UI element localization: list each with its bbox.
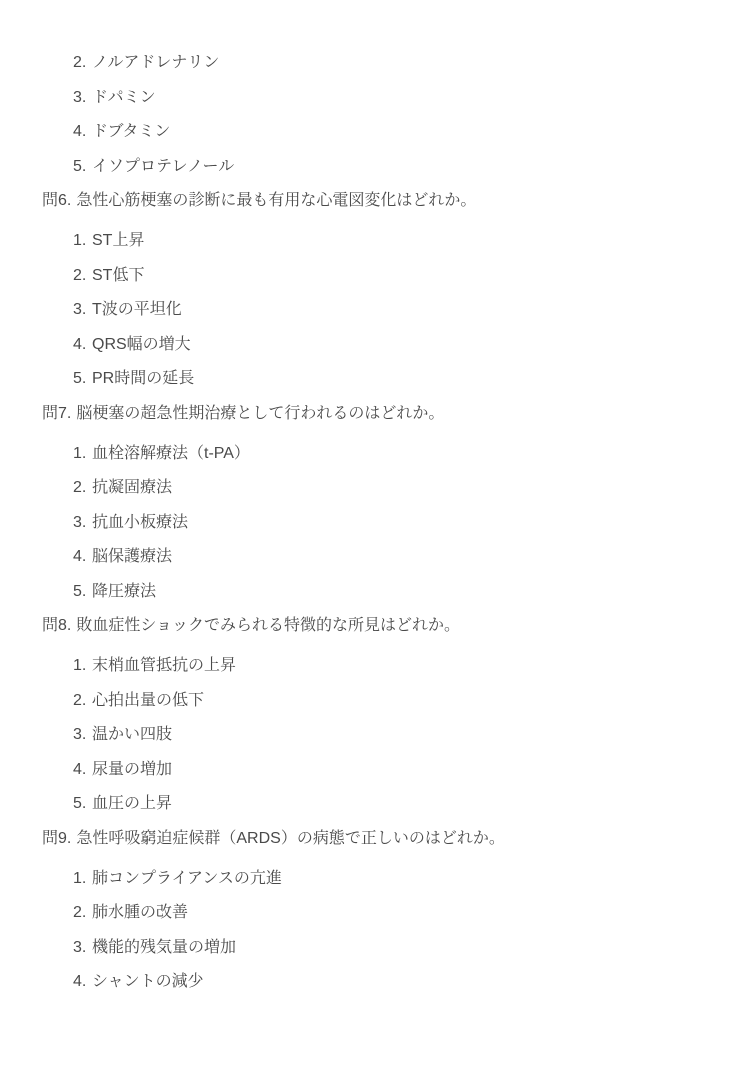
question-label: 問9. <box>42 830 71 847</box>
question-row: 問9.急性呼吸窮迫症候群（ARDS）の病態で正しいのはどれか。 <box>42 830 744 847</box>
option-row: 2.ST低下 <box>73 267 744 284</box>
option-number: 5. <box>73 370 92 387</box>
question-row: 問8.敗血症性ショックでみられる特徴的な所見はどれか。 <box>42 617 744 634</box>
option-row: 5.イソプロテレノール <box>73 158 744 175</box>
question-text: 脳梗塞の超急性期治療として行われるのはどれか。 <box>76 405 444 422</box>
option-number: 5. <box>73 158 92 175</box>
option-text: 血栓溶解療法（t-PA） <box>92 445 250 462</box>
option-number: 3. <box>73 89 92 106</box>
option-number: 1. <box>73 657 92 674</box>
option-row: 1.ST上昇 <box>73 232 744 249</box>
option-text: シャントの減少 <box>92 973 204 990</box>
option-row: 4.尿量の増加 <box>73 761 744 778</box>
option-text: ST上昇 <box>92 232 144 249</box>
option-row: 4.シャントの減少 <box>73 973 744 990</box>
option-text: 抗凝固療法 <box>92 479 172 496</box>
option-number: 4. <box>73 123 92 140</box>
option-number: 5. <box>73 795 92 812</box>
option-row: 4.QRS幅の増大 <box>73 336 744 353</box>
option-number: 4. <box>73 548 92 565</box>
question-label: 問6. <box>42 192 71 209</box>
option-number: 3. <box>73 301 92 318</box>
option-number: 3. <box>73 514 92 531</box>
option-number: 2. <box>73 904 92 921</box>
option-row: 3.T波の平坦化 <box>73 301 744 318</box>
option-row: 1.末梢血管抵抗の上昇 <box>73 657 744 674</box>
option-row: 2.ノルアドレナリン <box>73 54 744 71</box>
question-label: 問8. <box>42 617 71 634</box>
option-number: 2. <box>73 692 92 709</box>
option-number: 3. <box>73 939 92 956</box>
option-text: ドパミン <box>92 89 156 106</box>
option-row: 1.肺コンプライアンスの亢進 <box>73 870 744 887</box>
option-text: ST低下 <box>92 267 144 284</box>
option-text: T波の平坦化 <box>92 301 182 318</box>
option-number: 5. <box>73 583 92 600</box>
option-text: 末梢血管抵抗の上昇 <box>92 657 236 674</box>
option-number: 1. <box>73 232 92 249</box>
option-text: 抗血小板療法 <box>92 514 188 531</box>
option-number: 4. <box>73 761 92 778</box>
question-label: 問7. <box>42 405 71 422</box>
option-number: 4. <box>73 973 92 990</box>
option-number: 3. <box>73 726 92 743</box>
option-text: 肺水腫の改善 <box>92 904 188 921</box>
option-row: 3.抗血小板療法 <box>73 514 744 531</box>
option-row: 2.肺水腫の改善 <box>73 904 744 921</box>
option-row: 4.ドブタミン <box>73 123 744 140</box>
option-number: 2. <box>73 267 92 284</box>
option-row: 2.心拍出量の低下 <box>73 692 744 709</box>
option-text: PR時間の延長 <box>92 370 194 387</box>
option-row: 2.抗凝固療法 <box>73 479 744 496</box>
option-number: 2. <box>73 54 92 71</box>
option-row: 5.血圧の上昇 <box>73 795 744 812</box>
option-text: 温かい四肢 <box>92 726 172 743</box>
option-row: 4.脳保護療法 <box>73 548 744 565</box>
option-text: QRS幅の増大 <box>92 336 191 353</box>
option-text: 血圧の上昇 <box>92 795 172 812</box>
option-text: 心拍出量の低下 <box>92 692 204 709</box>
question-row: 問6.急性心筋梗塞の診断に最も有用な心電図変化はどれか。 <box>42 192 744 209</box>
option-number: 4. <box>73 336 92 353</box>
quiz-page: 2.ノルアドレナリン 3.ドパミン 4.ドブタミン 5.イソプロテレノール 問6… <box>0 0 744 990</box>
option-row: 3.ドパミン <box>73 89 744 106</box>
option-row: 3.機能的残気量の増加 <box>73 939 744 956</box>
option-text: 降圧療法 <box>92 583 156 600</box>
option-row: 5.降圧療法 <box>73 583 744 600</box>
option-text: 機能的残気量の増加 <box>92 939 236 956</box>
option-text: 尿量の増加 <box>92 761 172 778</box>
option-number: 1. <box>73 870 92 887</box>
option-row: 1.血栓溶解療法（t-PA） <box>73 445 744 462</box>
option-number: 1. <box>73 445 92 462</box>
option-text: 脳保護療法 <box>92 548 172 565</box>
question-text: 急性呼吸窮迫症候群（ARDS）の病態で正しいのはどれか。 <box>76 830 504 847</box>
option-row: 5.PR時間の延長 <box>73 370 744 387</box>
question-text: 敗血症性ショックでみられる特徴的な所見はどれか。 <box>76 617 460 634</box>
option-number: 2. <box>73 479 92 496</box>
option-text: ノルアドレナリン <box>92 54 219 71</box>
question-text: 急性心筋梗塞の診断に最も有用な心電図変化はどれか。 <box>76 192 476 209</box>
option-text: 肺コンプライアンスの亢進 <box>92 870 282 887</box>
question-row: 問7.脳梗塞の超急性期治療として行われるのはどれか。 <box>42 405 744 422</box>
option-row: 3.温かい四肢 <box>73 726 744 743</box>
option-text: ドブタミン <box>92 123 170 140</box>
option-text: イソプロテレノール <box>92 158 234 175</box>
